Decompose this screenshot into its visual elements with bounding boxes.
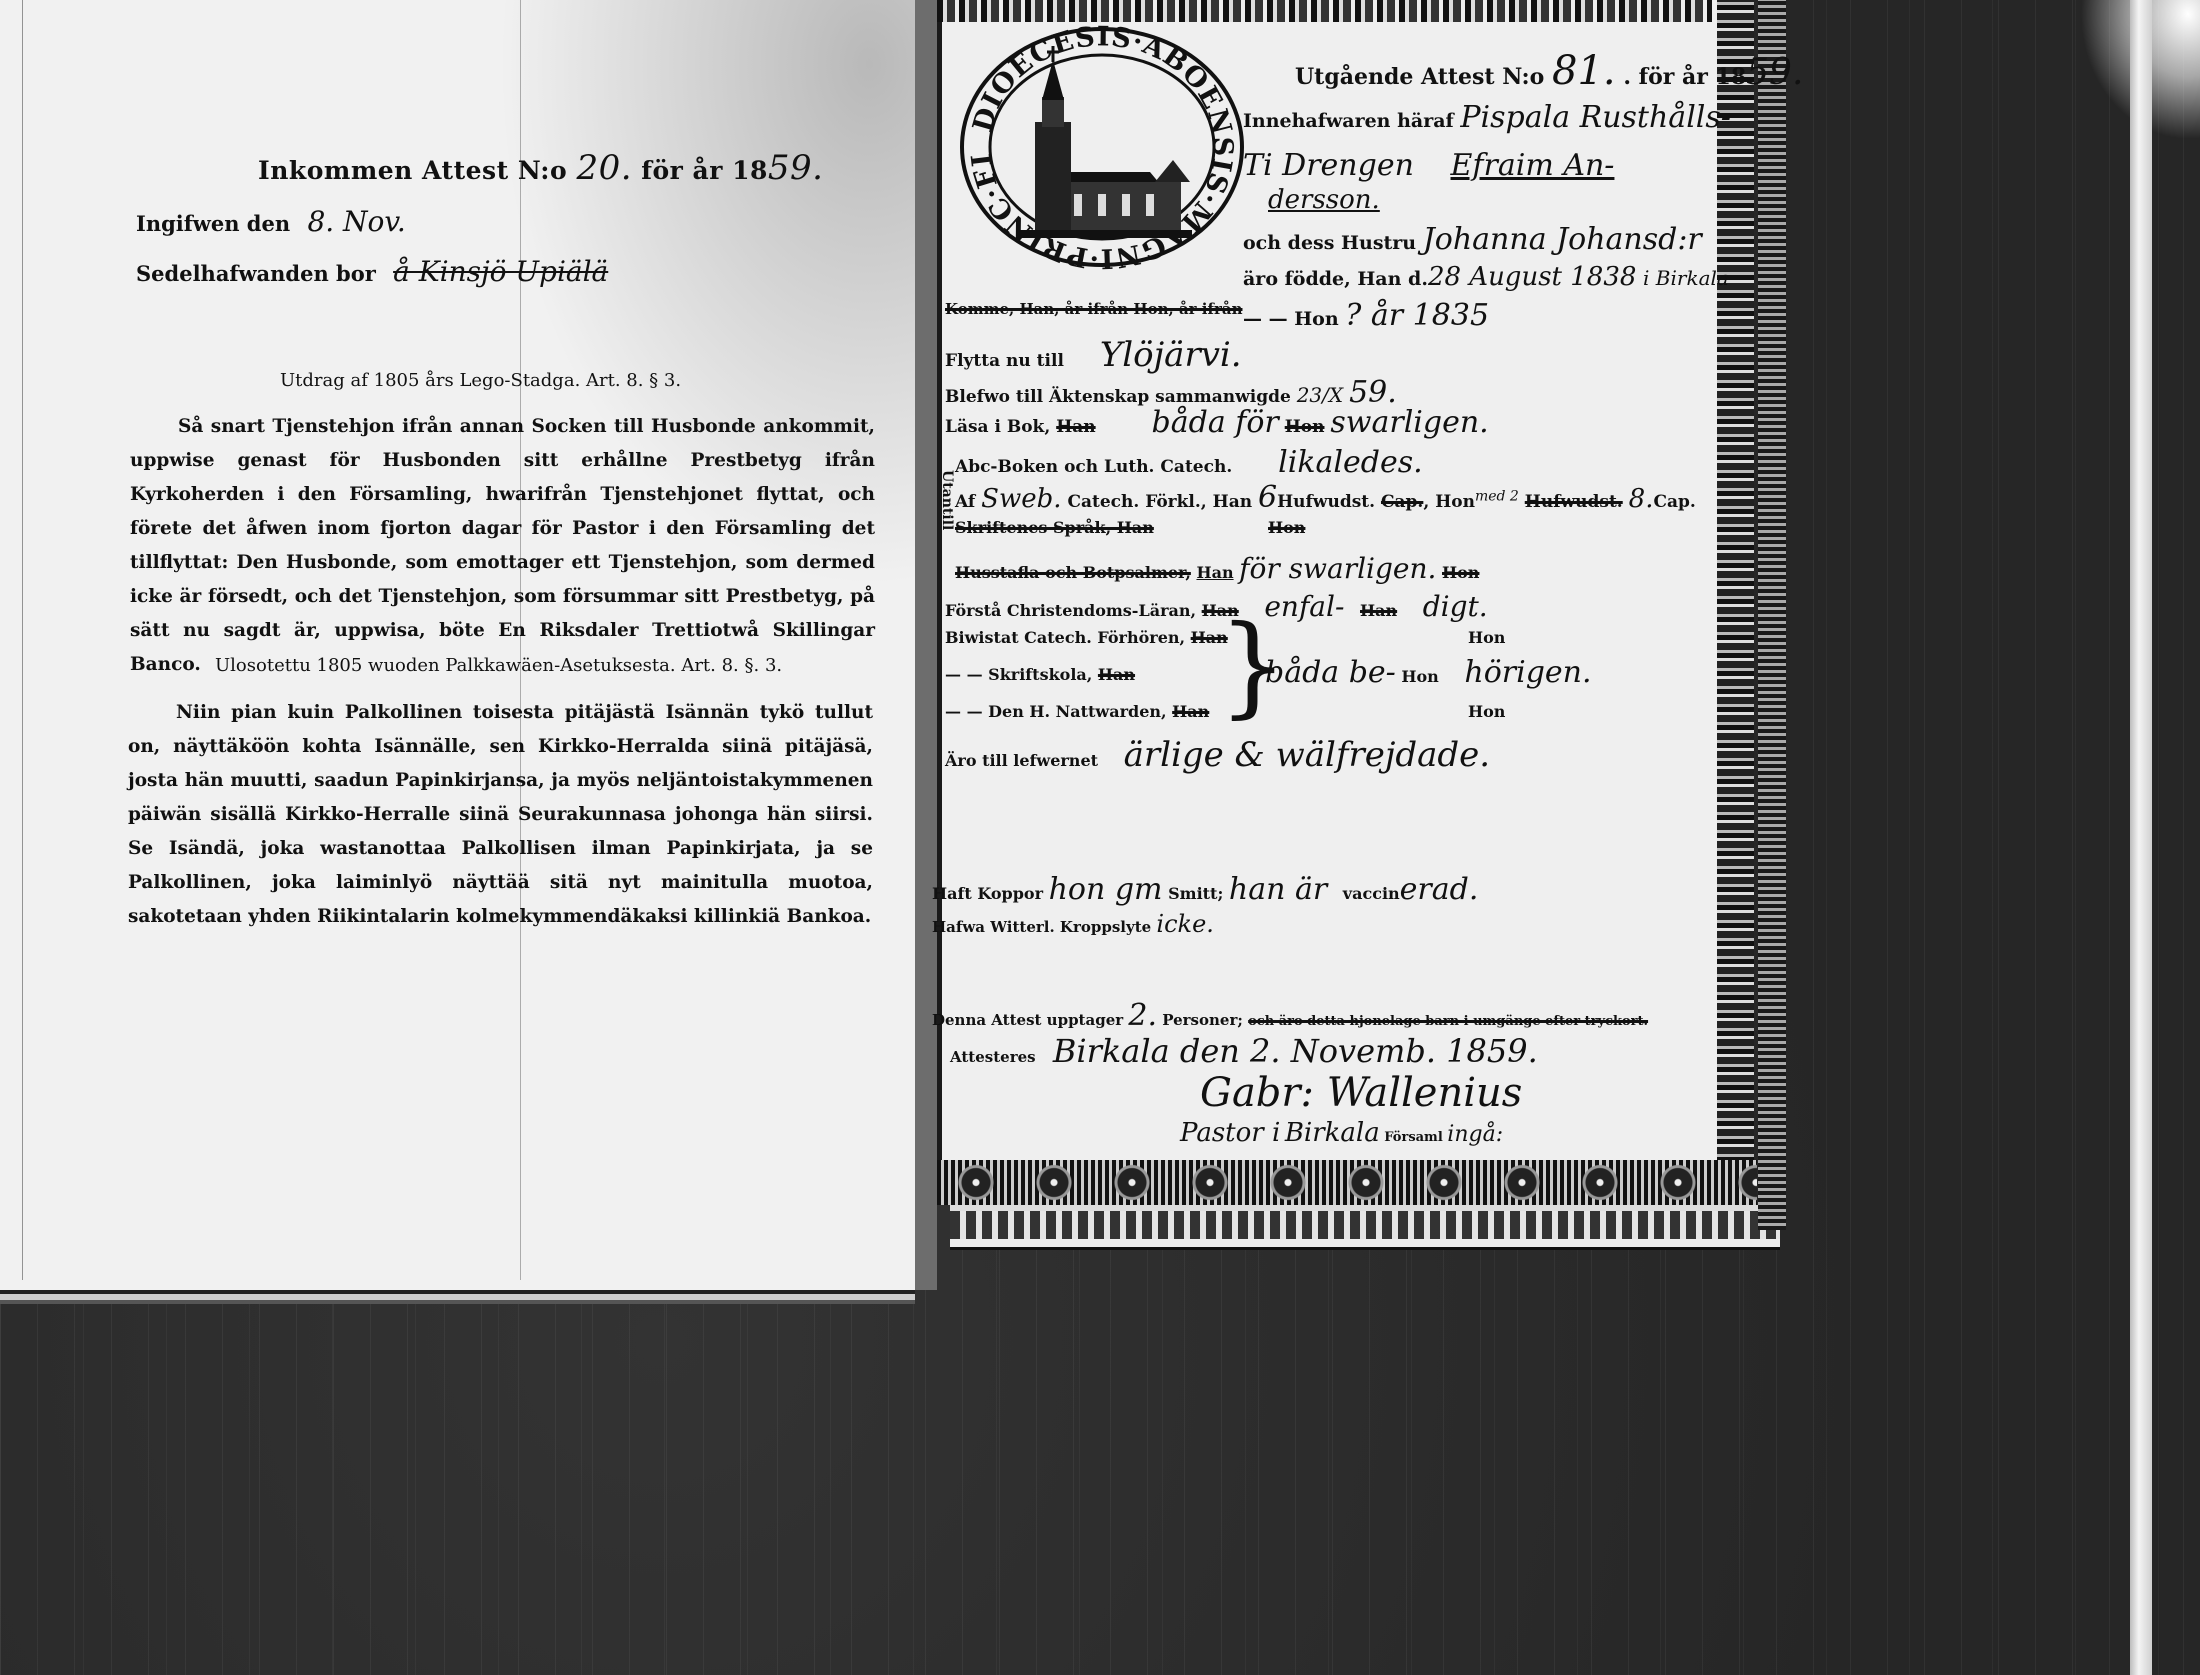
scripture-hon: Hon — [1268, 518, 1305, 537]
attest-year: 59. — [768, 148, 824, 188]
born-row: äro födde, Han d.28 August 1838 i Birkal… — [1243, 262, 1729, 292]
defects-row: Hafwa Witterl. Kroppslyte icke. — [932, 910, 1214, 938]
attest-number: 20. — [576, 148, 632, 188]
scanner-edge-strip — [2130, 0, 2152, 1675]
persons-row: Denna Attest upptager 2. Personer; och ä… — [932, 998, 1648, 1033]
catechism-row: Af Sweb. Catech. Förkl., Han 6Hufwudst. … — [955, 480, 1696, 515]
conduct-row: Äro till lefwernet ärlige & wälfrejdade. — [945, 735, 1490, 775]
attest-number: 81. — [1552, 48, 1616, 94]
signature-title: Pastor i Birkala Församl ingå: — [1180, 1118, 1503, 1148]
communion-hon: Hon — [1468, 702, 1505, 721]
understand-row: Förstå Christendoms-Läran, Han enfal- Ha… — [945, 590, 1488, 623]
attended-hon: Hon — [1468, 628, 1505, 647]
church-seal-icon: DIOECESIS·ABOENSIS·MAGNI·PRINC·FINL· — [950, 22, 1250, 272]
residence-row: Sedelhafwanden bor å Kinsjö Upiälä — [136, 255, 608, 288]
signature: Gabr: Wallenius — [1200, 1070, 1522, 1116]
outgoing-attest-title: Utgående Attest N:o 81. . för år 1859. — [1295, 48, 1803, 94]
ornamental-border-top — [937, 0, 1712, 22]
side-label: Utantill — [939, 470, 955, 530]
moves-to-row: Flytta nu till Ylöjärvi. — [945, 335, 1242, 375]
holder-name-cont: dersson. — [1268, 185, 1380, 215]
ornamental-border-outer — [1758, 0, 1786, 1230]
attest-year: 59. — [1746, 52, 1803, 93]
holder-row: Innehafwaren häraf Pispala Rusthålls- — [1243, 100, 1731, 135]
came-from-row: Komme, Han, år ifrån Hon, år ifrån — [945, 300, 1242, 318]
residence-value: å Kinsjö Upiälä — [393, 255, 608, 288]
received-date-value: 8. Nov. — [307, 205, 405, 238]
swedish-section-text: Så snart Tjenstehjon ifrån annan Socken … — [130, 410, 875, 682]
communion-row: — — Den H. Nattwarden, Han — [945, 702, 1209, 721]
scripture-row: Skriftenes Språk, Han — [955, 518, 1154, 537]
finnish-section-heading: Ulosotettu 1805 wuoden Palkkawäen-Asetuk… — [215, 655, 782, 676]
ornamental-border-lower — [950, 1205, 1780, 1250]
school-row: — — Skriftskola, Han — [945, 665, 1135, 684]
born-she-row: — — Hon ? år 1835 — [1243, 298, 1489, 333]
received-date-row: Ingifwen den 8. Nov. — [136, 205, 406, 238]
wife-row: och dess Hustru Johanna Johansd:r — [1243, 222, 1702, 257]
abc-row: Abc-Boken och Luth. Catech. likaledes. — [955, 445, 1423, 480]
finnish-section-text: Niin pian kuin Palkollinen toisesta pitä… — [128, 696, 873, 934]
school-value: båda be- Hon hörigen. — [1265, 655, 1592, 690]
house-table-row: Husstafla och Botpsalmer, Han för swarli… — [955, 552, 1479, 585]
read-book-row: Läsa i Bok, Han båda för Hon swarligen. — [945, 405, 1489, 440]
ornamental-border-right — [1712, 0, 1754, 1180]
ornamental-border-bottom — [937, 1160, 1757, 1205]
margin-line — [22, 0, 23, 1280]
swedish-section-heading: Utdrag af 1805 års Lego-Stadga. Art. 8. … — [280, 370, 681, 391]
attended-row: Biwistat Catech. Förhören, Han — [945, 628, 1228, 647]
incoming-attest-title: Inkommen Attest N:o 20. för år 1859. — [258, 148, 823, 188]
smallpox-row: Haft Koppor hon gm Smitt; han är vaccine… — [932, 872, 1478, 907]
attested-row: Attesteres Birkala den 2. Novemb. 1859. — [950, 1032, 1538, 1070]
page-gutter — [915, 0, 937, 1290]
holder-name-row: Ti Drengen Efraim An- — [1243, 148, 1614, 183]
left-page: Inkommen Attest N:o 20. för år 1859. Ing… — [0, 0, 915, 1294]
